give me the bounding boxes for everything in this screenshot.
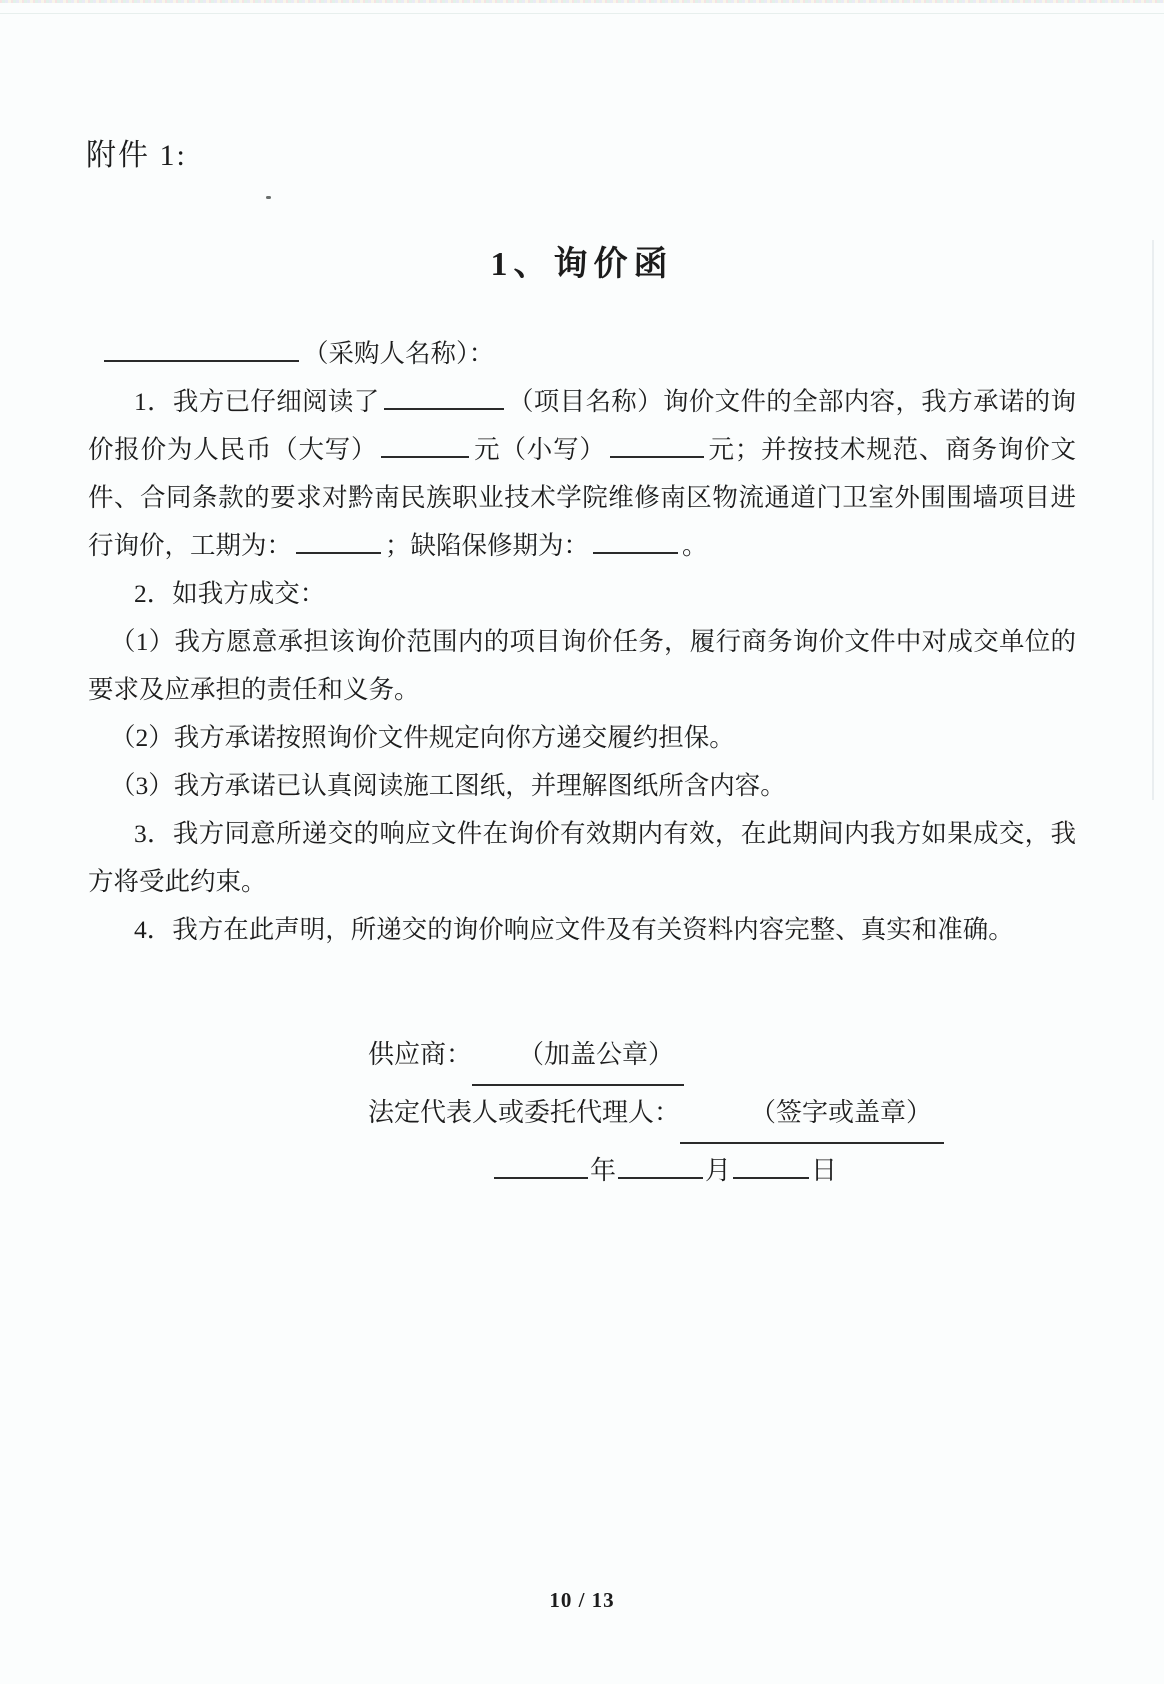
letter-body: （采购人名称）： 1．我方已仔细阅读了（项目名称）询价文件的全部内容，我方承诺的… (88, 330, 1076, 954)
signature-block: 供应商：（加盖公章） 法定代表人或委托代理人：（签字或盖章） 年月日 (368, 1028, 944, 1198)
paragraph-item2-sub3: （3）我方承诺已认真阅读施工图纸，并理解图纸所含内容。 (88, 762, 1076, 810)
legal-rep-label: 法定代表人或委托代理人： (368, 1098, 680, 1127)
month-label: 月 (705, 1156, 731, 1185)
addressee-label: （采购人名称）： (303, 339, 494, 368)
blank-project-name (384, 378, 504, 410)
supplier-line: 供应商：（加盖公章） (368, 1028, 944, 1086)
item1-tail: 。 (682, 531, 708, 560)
scan-edge-line (0, 13, 1164, 14)
scan-speck (266, 196, 271, 199)
blank-year (494, 1147, 588, 1179)
blank-day (733, 1147, 809, 1179)
blank-amount-figures (610, 426, 704, 458)
item1-warranty-label: ；缺陷保修期为： (385, 531, 589, 560)
paragraph-item1: 1．我方已仔细阅读了（项目名称）询价文件的全部内容，我方承诺的询价报价为人民币（… (88, 378, 1076, 570)
paragraph-item2-sub2: （2）我方承诺按照询价文件规定向你方递交履约担保。 (88, 714, 1076, 762)
item1-daxie-unit: 元（小写） (473, 435, 605, 464)
day-label: 日 (811, 1156, 837, 1185)
paragraph-item4: 4．我方在此声明，所递交的询价响应文件及有关资料内容完整、真实和准确。 (88, 906, 1076, 954)
blank-month (618, 1147, 703, 1179)
paragraph-item2-sub1: （1）我方愿意承担该询价范围内的项目询价任务，履行商务询价文件中对成交单位的要求… (88, 618, 1076, 714)
blank-purchaser-name (104, 330, 299, 362)
blank-amount-words (381, 426, 469, 458)
supplier-seal-field: （加盖公章） (472, 1028, 684, 1086)
legal-rep-sign-field: （签字或盖章） (680, 1086, 944, 1144)
document-title: 1、询价函 (0, 236, 1164, 285)
legal-rep-line: 法定代表人或委托代理人：（签字或盖章） (368, 1086, 944, 1144)
page-number: 10 / 13 (0, 1588, 1164, 1613)
scan-right-streak (1152, 240, 1154, 800)
scan-noise-strip (0, 0, 1164, 3)
supplier-label: 供应商： (368, 1040, 472, 1069)
addressee-line: （采购人名称）： (88, 330, 1076, 378)
paragraph-item3: 3．我方同意所递交的响应文件在询价有效期内有效，在此期间内我方如果成交，我方将受… (88, 810, 1076, 906)
blank-construction-period (296, 522, 381, 554)
paragraph-item2: 2．如我方成交： (88, 570, 1076, 618)
item1-prefix: 1．我方已仔细阅读了 (134, 387, 380, 416)
blank-warranty-period (593, 522, 678, 554)
date-line: 年月日 (492, 1144, 944, 1198)
year-label: 年 (590, 1156, 616, 1185)
document-page: 附件 1: 1、询价函 （采购人名称）： 1．我方已仔细阅读了（项目名称）询价文… (0, 0, 1164, 1684)
attachment-label: 附件 1: (86, 130, 187, 174)
